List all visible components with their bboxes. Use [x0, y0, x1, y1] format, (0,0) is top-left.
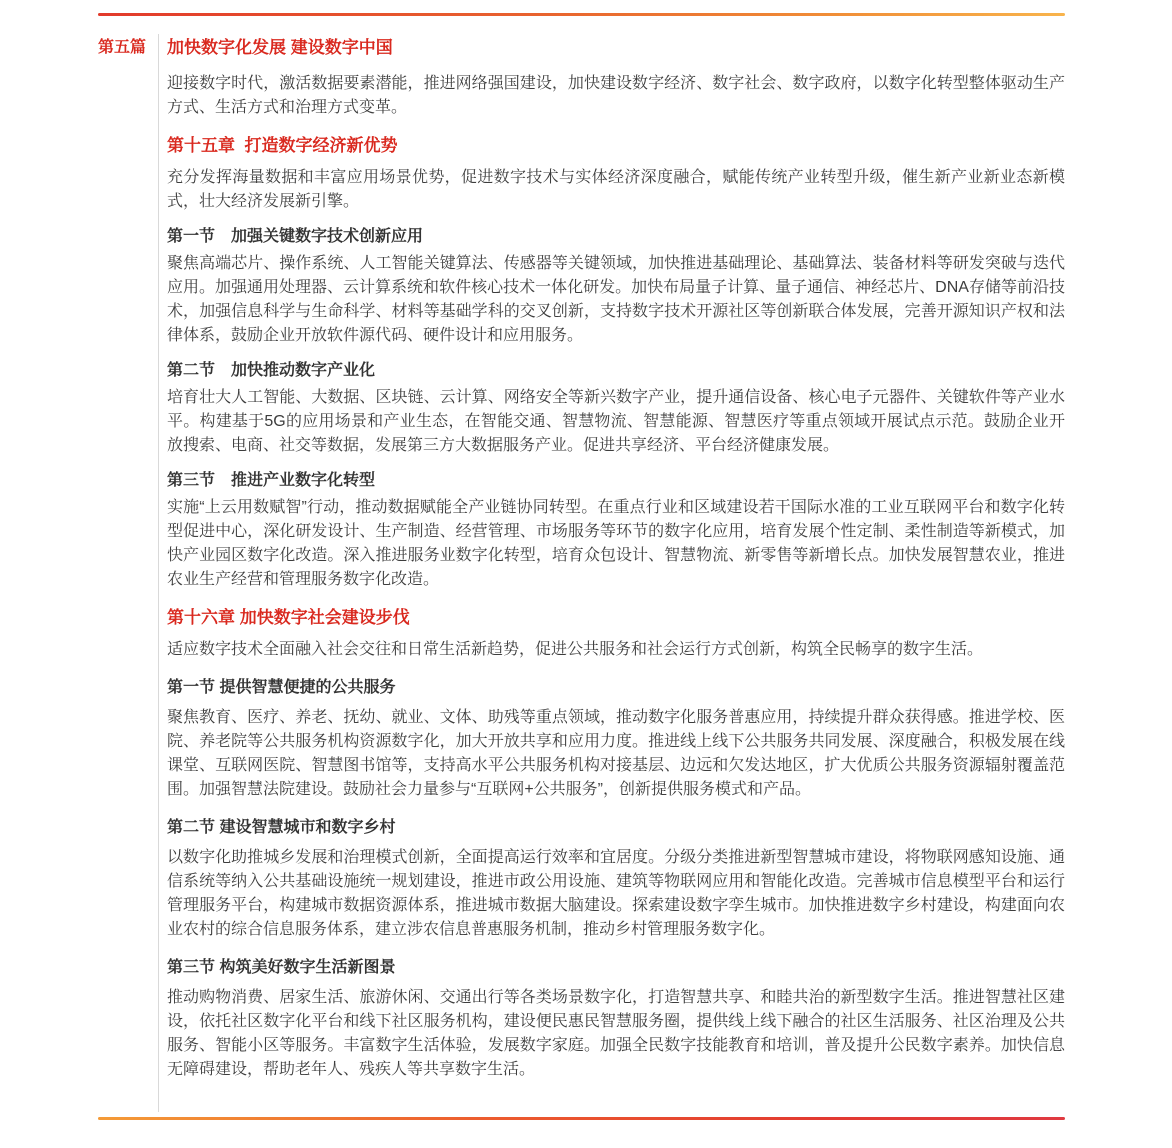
document-body: 第五篇 加快数字化发展 建设数字中国 迎接数字时代，激活数据要素潜能，推进网络强…	[98, 34, 1065, 1112]
chapter-15-section-2-body: 培育壮大人工智能、大数据、区块链、云计算、网络安全等新兴数字产业，提升通信设备、…	[167, 386, 1065, 458]
chapter-16-section-1-title: 第一节 提供智慧便捷的公共服务	[167, 676, 1065, 700]
chapter-16-section-1-body: 聚焦教育、医疗、养老、抚幼、就业、文体、助残等重点领域，推动数字化服务普惠应用，…	[167, 706, 1065, 802]
chapter-15-title: 第十五章 打造数字经济新优势	[167, 134, 1065, 158]
part-title: 加快数字化发展 建设数字中国	[167, 34, 1065, 60]
content-column: 加快数字化发展 建设数字中国 迎接数字时代，激活数据要素潜能，推进网络强国建设，…	[167, 34, 1065, 1082]
chapter-16-section-2-title: 第二节 建设智慧城市和数字乡村	[167, 816, 1065, 840]
chapter-15-section-1-body: 聚焦高端芯片、操作系统、人工智能关键算法、传感器等关键领域，加快推进基础理论、基…	[167, 252, 1065, 348]
document-page: 第五篇 加快数字化发展 建设数字中国 迎接数字时代，激活数据要素潜能，推进网络强…	[0, 0, 1172, 1148]
chapter-16-section-3-body: 推动购物消费、居家生活、旅游休闲、交通出行等各类场景数字化，打造智慧共享、和睦共…	[167, 986, 1065, 1082]
part-intro-paragraph: 迎接数字时代，激活数据要素潜能，推进网络强国建设，加快建设数字经济、数字社会、数…	[167, 72, 1065, 120]
chapter-16-section-2-body: 以数字化助推城乡发展和治理模式创新，全面提高运行效率和宜居度。分级分类推进新型智…	[167, 846, 1065, 942]
chapter-16-section-3-title: 第三节 构筑美好数字生活新图景	[167, 956, 1065, 980]
chapter-15-section-3-body: 实施“上云用数赋智”行动，推动数据赋能全产业链协同转型。在重点行业和区域建设若干…	[167, 496, 1065, 592]
part-number-label: 第五篇	[98, 36, 152, 60]
vertical-divider	[158, 34, 159, 1112]
chapter-15-section-2-title: 第二节 加快推动数字产业化	[167, 359, 1065, 383]
bottom-gradient-rule	[98, 1117, 1065, 1120]
chapter-15-section-1-title: 第一节 加强关键数字技术创新应用	[167, 225, 1065, 249]
chapter-16-title: 第十六章 加快数字社会建设步伐	[167, 606, 1065, 630]
chapter-15-intro-paragraph: 充分发挥海量数据和丰富应用场景优势，促进数字技术与实体经济深度融合，赋能传统产业…	[167, 166, 1065, 214]
top-gradient-rule	[98, 13, 1065, 16]
chapter-15-section-3-title: 第三节 推进产业数字化转型	[167, 469, 1065, 493]
chapter-16-intro-paragraph: 适应数字技术全面融入社会交往和日常生活新趋势，促进公共服务和社会运行方式创新，构…	[167, 638, 1065, 662]
